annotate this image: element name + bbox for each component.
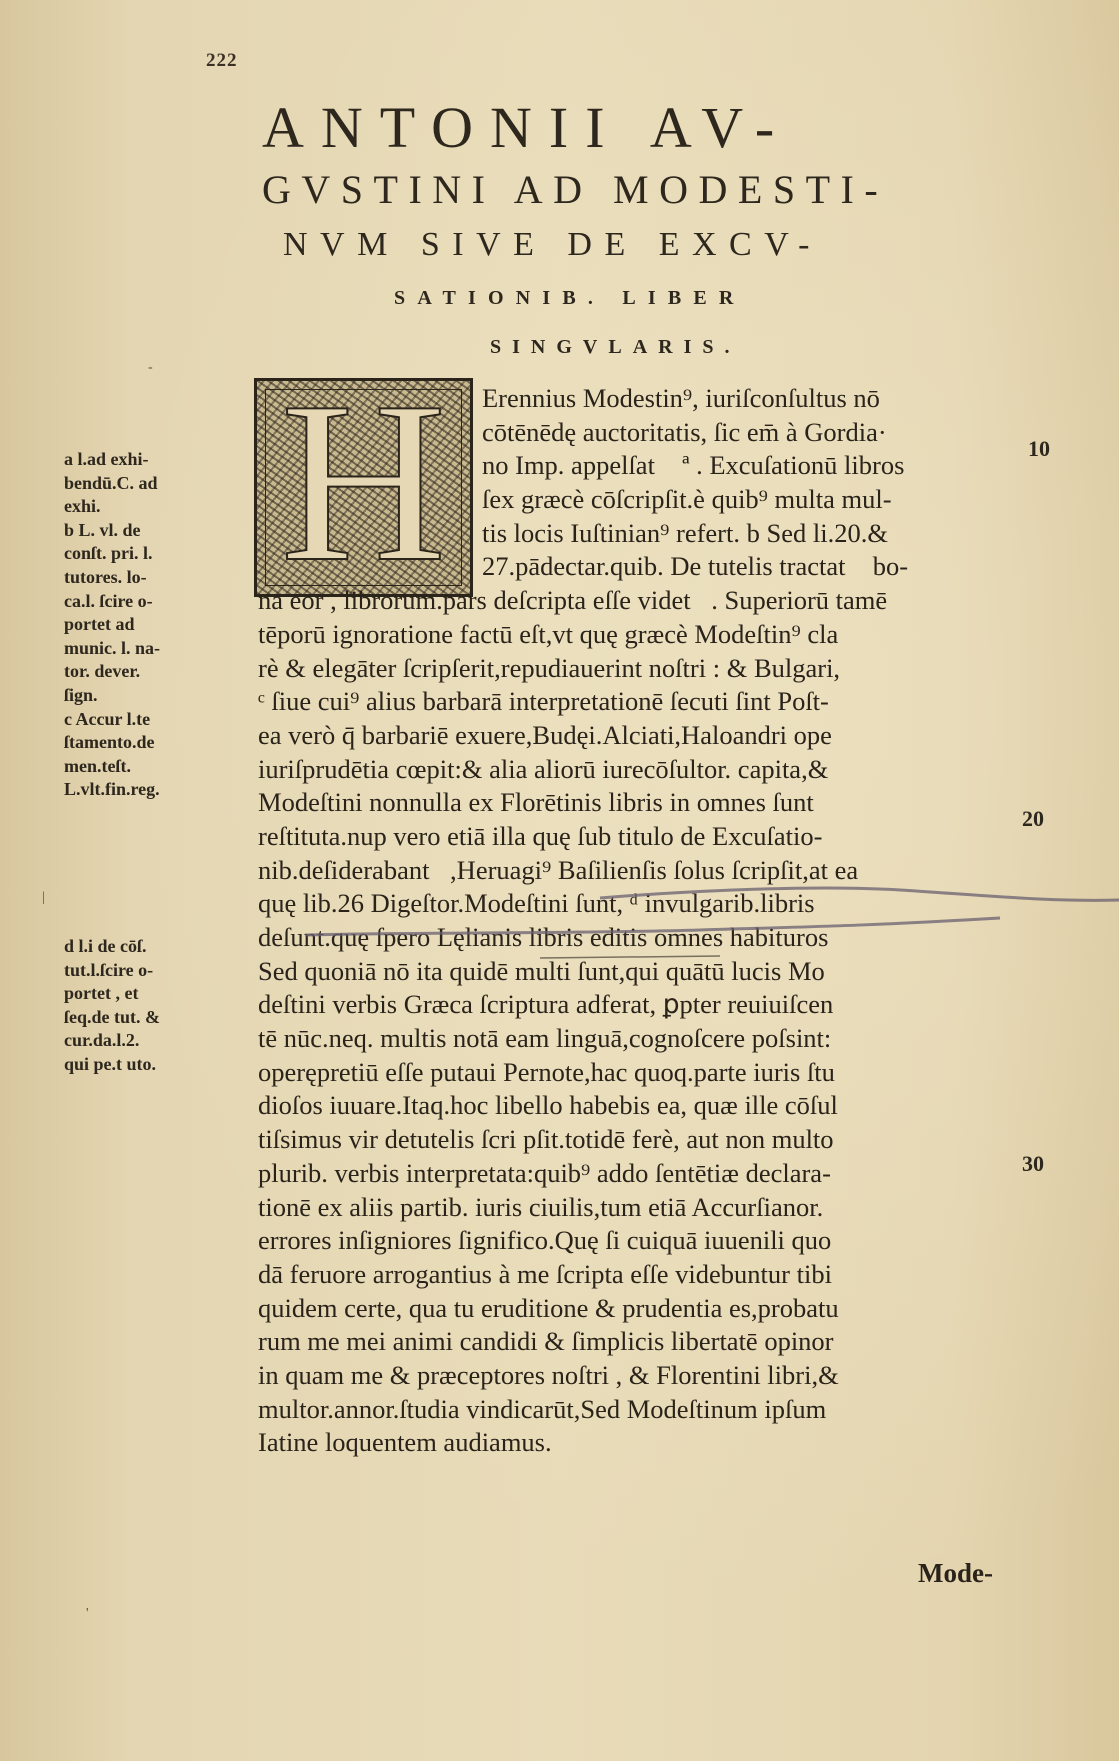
note-line: cur.da.l.2. (64, 1029, 214, 1053)
text-line: tēporū ignoratione factū eſt,vt quę græc… (258, 618, 1018, 652)
text-line: deſunt.quę ſpero Lęlianis libris editis … (258, 921, 1018, 955)
note-line: conſt. pri. l. (64, 542, 214, 566)
text-line: cōtēnēdę auctoritatis, ſic em̄ à Gordia· (258, 416, 1018, 450)
title-line-3: NVM SIVE DE EXCV- (283, 226, 822, 264)
text-line: nib.deſiderabantᷓ,Heruagi⁹ Baſilienſis ſ… (258, 854, 1018, 888)
line-number-10: 10 (1028, 436, 1050, 462)
text-line: no Imp. appelſatᷓ ª . Excuſationū libros (258, 449, 1018, 483)
note-line: b L. vl. de (64, 519, 214, 543)
text-line: 27.pādectar.quib. De tutelis tractatᷓ bo… (258, 550, 1018, 584)
note-line: tut.l.ſcire o- (64, 959, 214, 983)
note-line: c Accur l.te (64, 708, 214, 732)
text-line: plurib. verbis interpretata:quib⁹ addo ſ… (258, 1157, 1018, 1191)
text-line: multor.annor.ſtudia vindicarūt,Sed Modeſ… (258, 1393, 1018, 1427)
note-line: portet , et (64, 982, 214, 1006)
note-line: tor. dever. (64, 660, 214, 684)
text-line: operępretiū eſſe putaui Pernote,hac quoq… (258, 1056, 1018, 1090)
title-line-4: SATIONIB. LIBER (394, 287, 746, 310)
text-line: Erennius Modestin⁹, iuriſconſultus nō (258, 382, 1018, 416)
text-line: deſtini verbis Græca ſcriptura adferat, … (258, 988, 1018, 1022)
main-text-block: Erennius Modestin⁹, iuriſconſultus nō cō… (258, 382, 1018, 1460)
text-line: tē nūc.neq. multis notā eam linguā,cogno… (258, 1022, 1018, 1056)
note-line: a l.ad exhi- (64, 448, 214, 472)
stray-mark: - (148, 360, 153, 376)
note-line: ca.l. ſcire o- (64, 590, 214, 614)
text-line: rum me mei animi candidi & ſimplicis lib… (258, 1325, 1018, 1359)
stray-mark: ' (86, 1606, 89, 1622)
note-line: qui pe.t uto. (64, 1053, 214, 1077)
note-line: d l.i de cōſ. (64, 935, 214, 959)
note-line: bendū.C. ad (64, 472, 214, 496)
text-line: dioſos iuuare.Itaq.hoc libello habebis e… (258, 1089, 1018, 1123)
text-line: errores inſigniores ſignifico.Quę ſi cui… (258, 1224, 1018, 1258)
text-line: quę lib.26 Digeſtor.Modeſtini ſunt, ᵈ in… (258, 887, 1018, 921)
text-line: reſtituta.nup vero etiā illa quę ſub tit… (258, 820, 1018, 854)
title-line-2: GVSTINI AD MODESTI- (262, 166, 888, 213)
note-line: L.vlt.fin.reg. (64, 778, 214, 802)
text-line: quidem certe, qua tu eruditione & pruden… (258, 1292, 1018, 1326)
text-line: ea verò q̄ barbariē exuere,Budęi.Alciati… (258, 719, 1018, 753)
text-line: iuriſprudētia cœpit:& alia aliorū iurecō… (258, 753, 1018, 787)
note-line: exhi. (64, 495, 214, 519)
text-line: in quam me & præceptores noſtri , & Flor… (258, 1359, 1018, 1393)
text-line: na eor , librorum.pars deſcripta eſſe vi… (258, 584, 1018, 618)
text-line: tis locis Iuſtinian⁹ refert. b Sed li.20… (258, 517, 1018, 551)
book-page: 222 ANTONII AV- GVSTINI AD MODESTI- NVM … (0, 0, 1119, 1761)
marginal-notes-d: d l.i de cōſ. tut.l.ſcire o- portet , et… (64, 935, 214, 1077)
stray-mark: | (42, 890, 45, 906)
text-line: ſex græcè cōſcripſit.è quib⁹ multa mul- (258, 483, 1018, 517)
text-line: Sed quoniā nō ita quidē multi ſunt,qui q… (258, 955, 1018, 989)
note-line: munic. l. na- (64, 637, 214, 661)
marginal-notes-abc: a l.ad exhi- bendū.C. ad exhi. b L. vl. … (64, 448, 214, 802)
note-line: ſtamento.de (64, 731, 214, 755)
text-line: tiſsimus vir detutelis ſcri pſit.totidē … (258, 1123, 1018, 1157)
catchword: Mode- (918, 1558, 993, 1589)
note-line: men.teſt. (64, 755, 214, 779)
text-line: dā feruore arrogantius à me ſcripta eſſe… (258, 1258, 1018, 1292)
line-number-20: 20 (1022, 806, 1044, 832)
text-line: Modeſtini nonnulla ex Florētinis libris … (258, 786, 1018, 820)
page-number: 222 (206, 50, 238, 72)
text-line: rè & elegāter ſcripſerit,repudiauerint n… (258, 652, 1018, 686)
title-line-5: SINGVLARIS. (490, 336, 740, 359)
line-number-30: 30 (1022, 1151, 1044, 1177)
note-line: ſeq.de tut. & (64, 1006, 214, 1030)
note-line: portet ad (64, 613, 214, 637)
note-line: ſign. (64, 684, 214, 708)
text-line: ᶜ ſiue cui⁹ alius barbarā interpretation… (258, 685, 1018, 719)
note-line: tutores. lo- (64, 566, 214, 590)
text-line: tionē ex aliis partib. iuris ciuilis,tum… (258, 1191, 1018, 1225)
title-line-1: ANTONII AV- (262, 94, 791, 161)
text-line: Iatine loquentem audiamus. (258, 1426, 1018, 1460)
